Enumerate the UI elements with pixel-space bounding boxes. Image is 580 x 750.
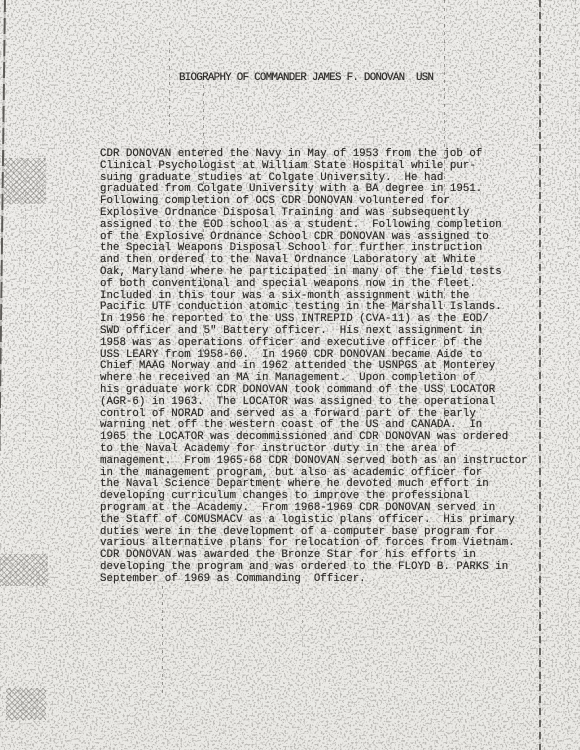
scan-streak-line [575,0,576,245]
scan-edge-line [0,0,6,451]
scan-artifact-patch [6,688,46,720]
scan-streak-line [162,586,163,698]
scanned-document-page: BIOGRAPHY OF COMMANDER JAMES F. DONOVAN … [0,0,580,750]
document-title: BIOGRAPHY OF COMMANDER JAMES F. DONOVAN … [179,72,433,84]
scan-streak-line [76,188,77,468]
scan-streak-line [169,42,170,134]
scan-streak-line [25,192,26,442]
scan-streak-line [302,588,303,660]
scan-streak-line [568,230,569,735]
scan-streak-line [57,196,58,451]
document-body-text: CDR DONOVAN entered the Navy in May of 1… [100,149,528,585]
scan-artifact-patch [4,158,46,204]
scan-artifact-patch [0,554,48,586]
scan-streak-line [539,0,541,750]
